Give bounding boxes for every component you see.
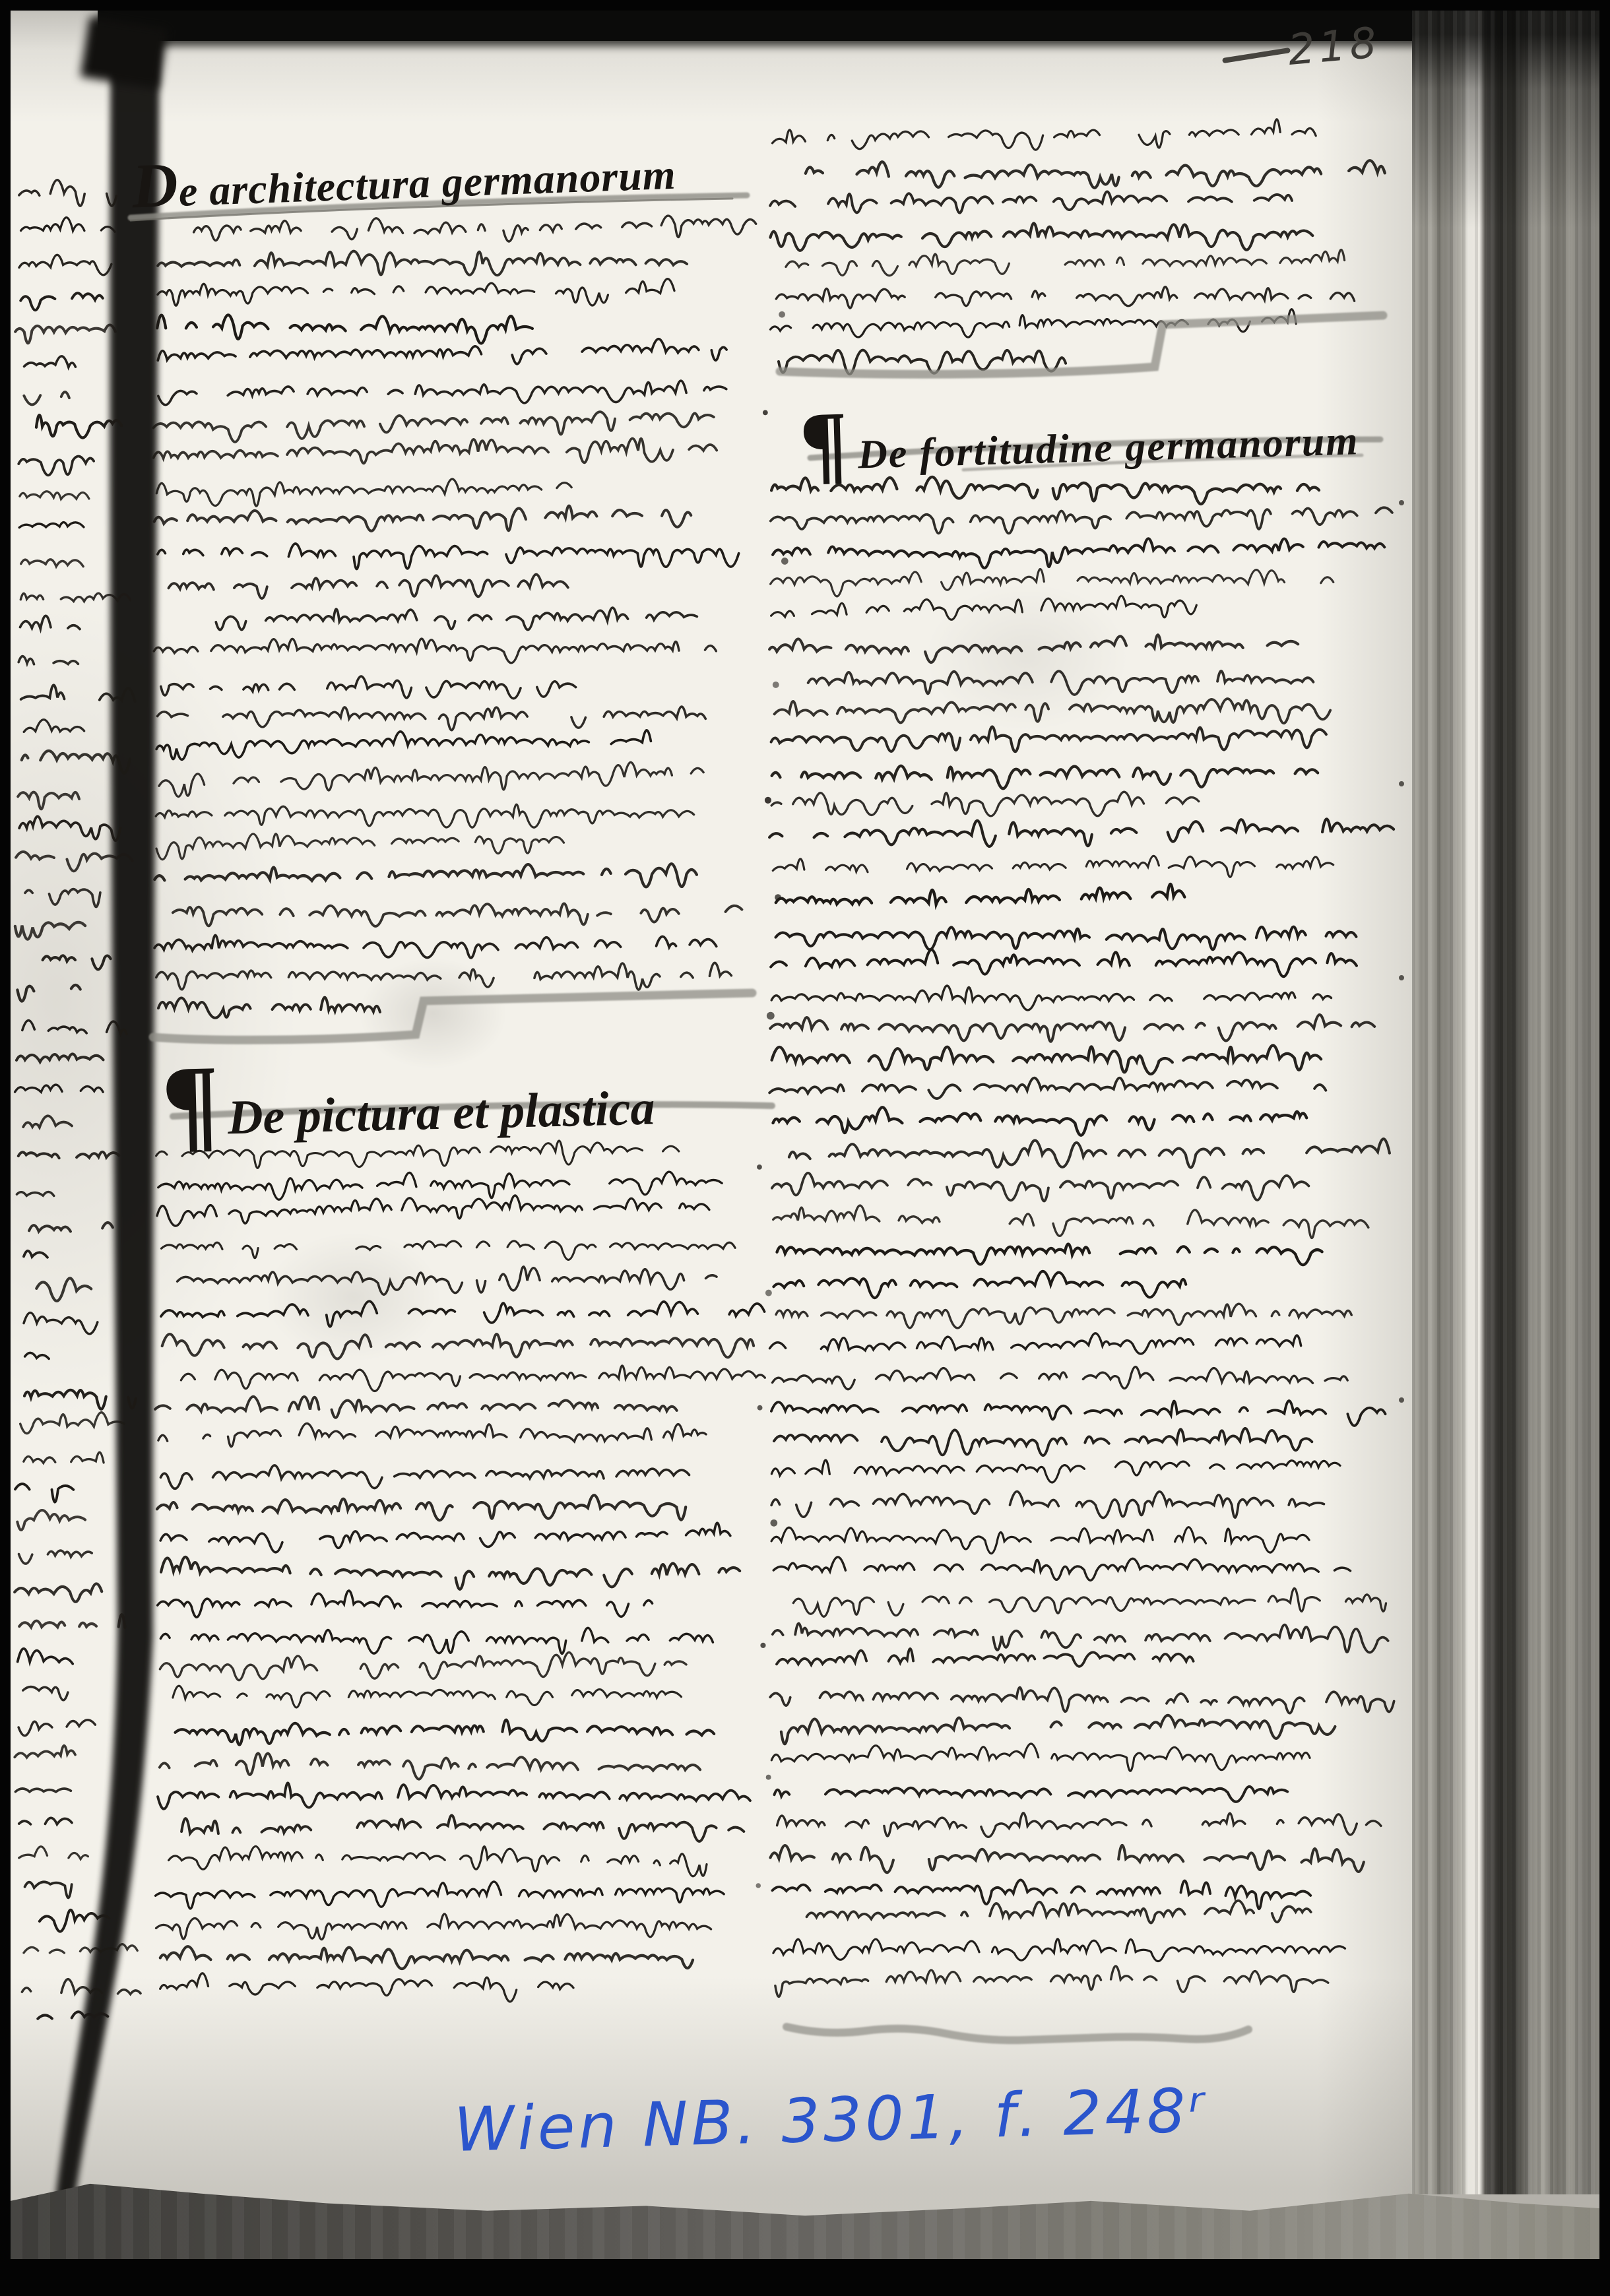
heading-de-fortitudine: ¶De fortitudine germanorum [801, 377, 1360, 495]
photo-frame-bottom [0, 2259, 1610, 2296]
gutter-shadow [55, 11, 160, 2204]
book-top-edge-wedge [80, 16, 168, 89]
paragraph-mark-icon: ¶ [164, 1075, 219, 1155]
photo-frame-left [0, 0, 11, 2296]
page-fore-edge-stack [1412, 11, 1599, 2194]
paragraph-mark-icon: ¶ [802, 420, 849, 487]
manuscript-photo: De architectura germanorum ¶De pictura e… [0, 0, 1610, 2296]
photo-frame-top [0, 0, 1610, 11]
heading-de-pictura-text: De pictura et plastica [227, 1081, 655, 1145]
heading-de-pictura: ¶De pictura et plastica [164, 1032, 656, 1165]
folio-number: 218 [1286, 18, 1382, 75]
photo-frame-right [1599, 0, 1610, 2296]
heading-de-fortitudine-text: De fortitudine germanorum [857, 418, 1359, 477]
